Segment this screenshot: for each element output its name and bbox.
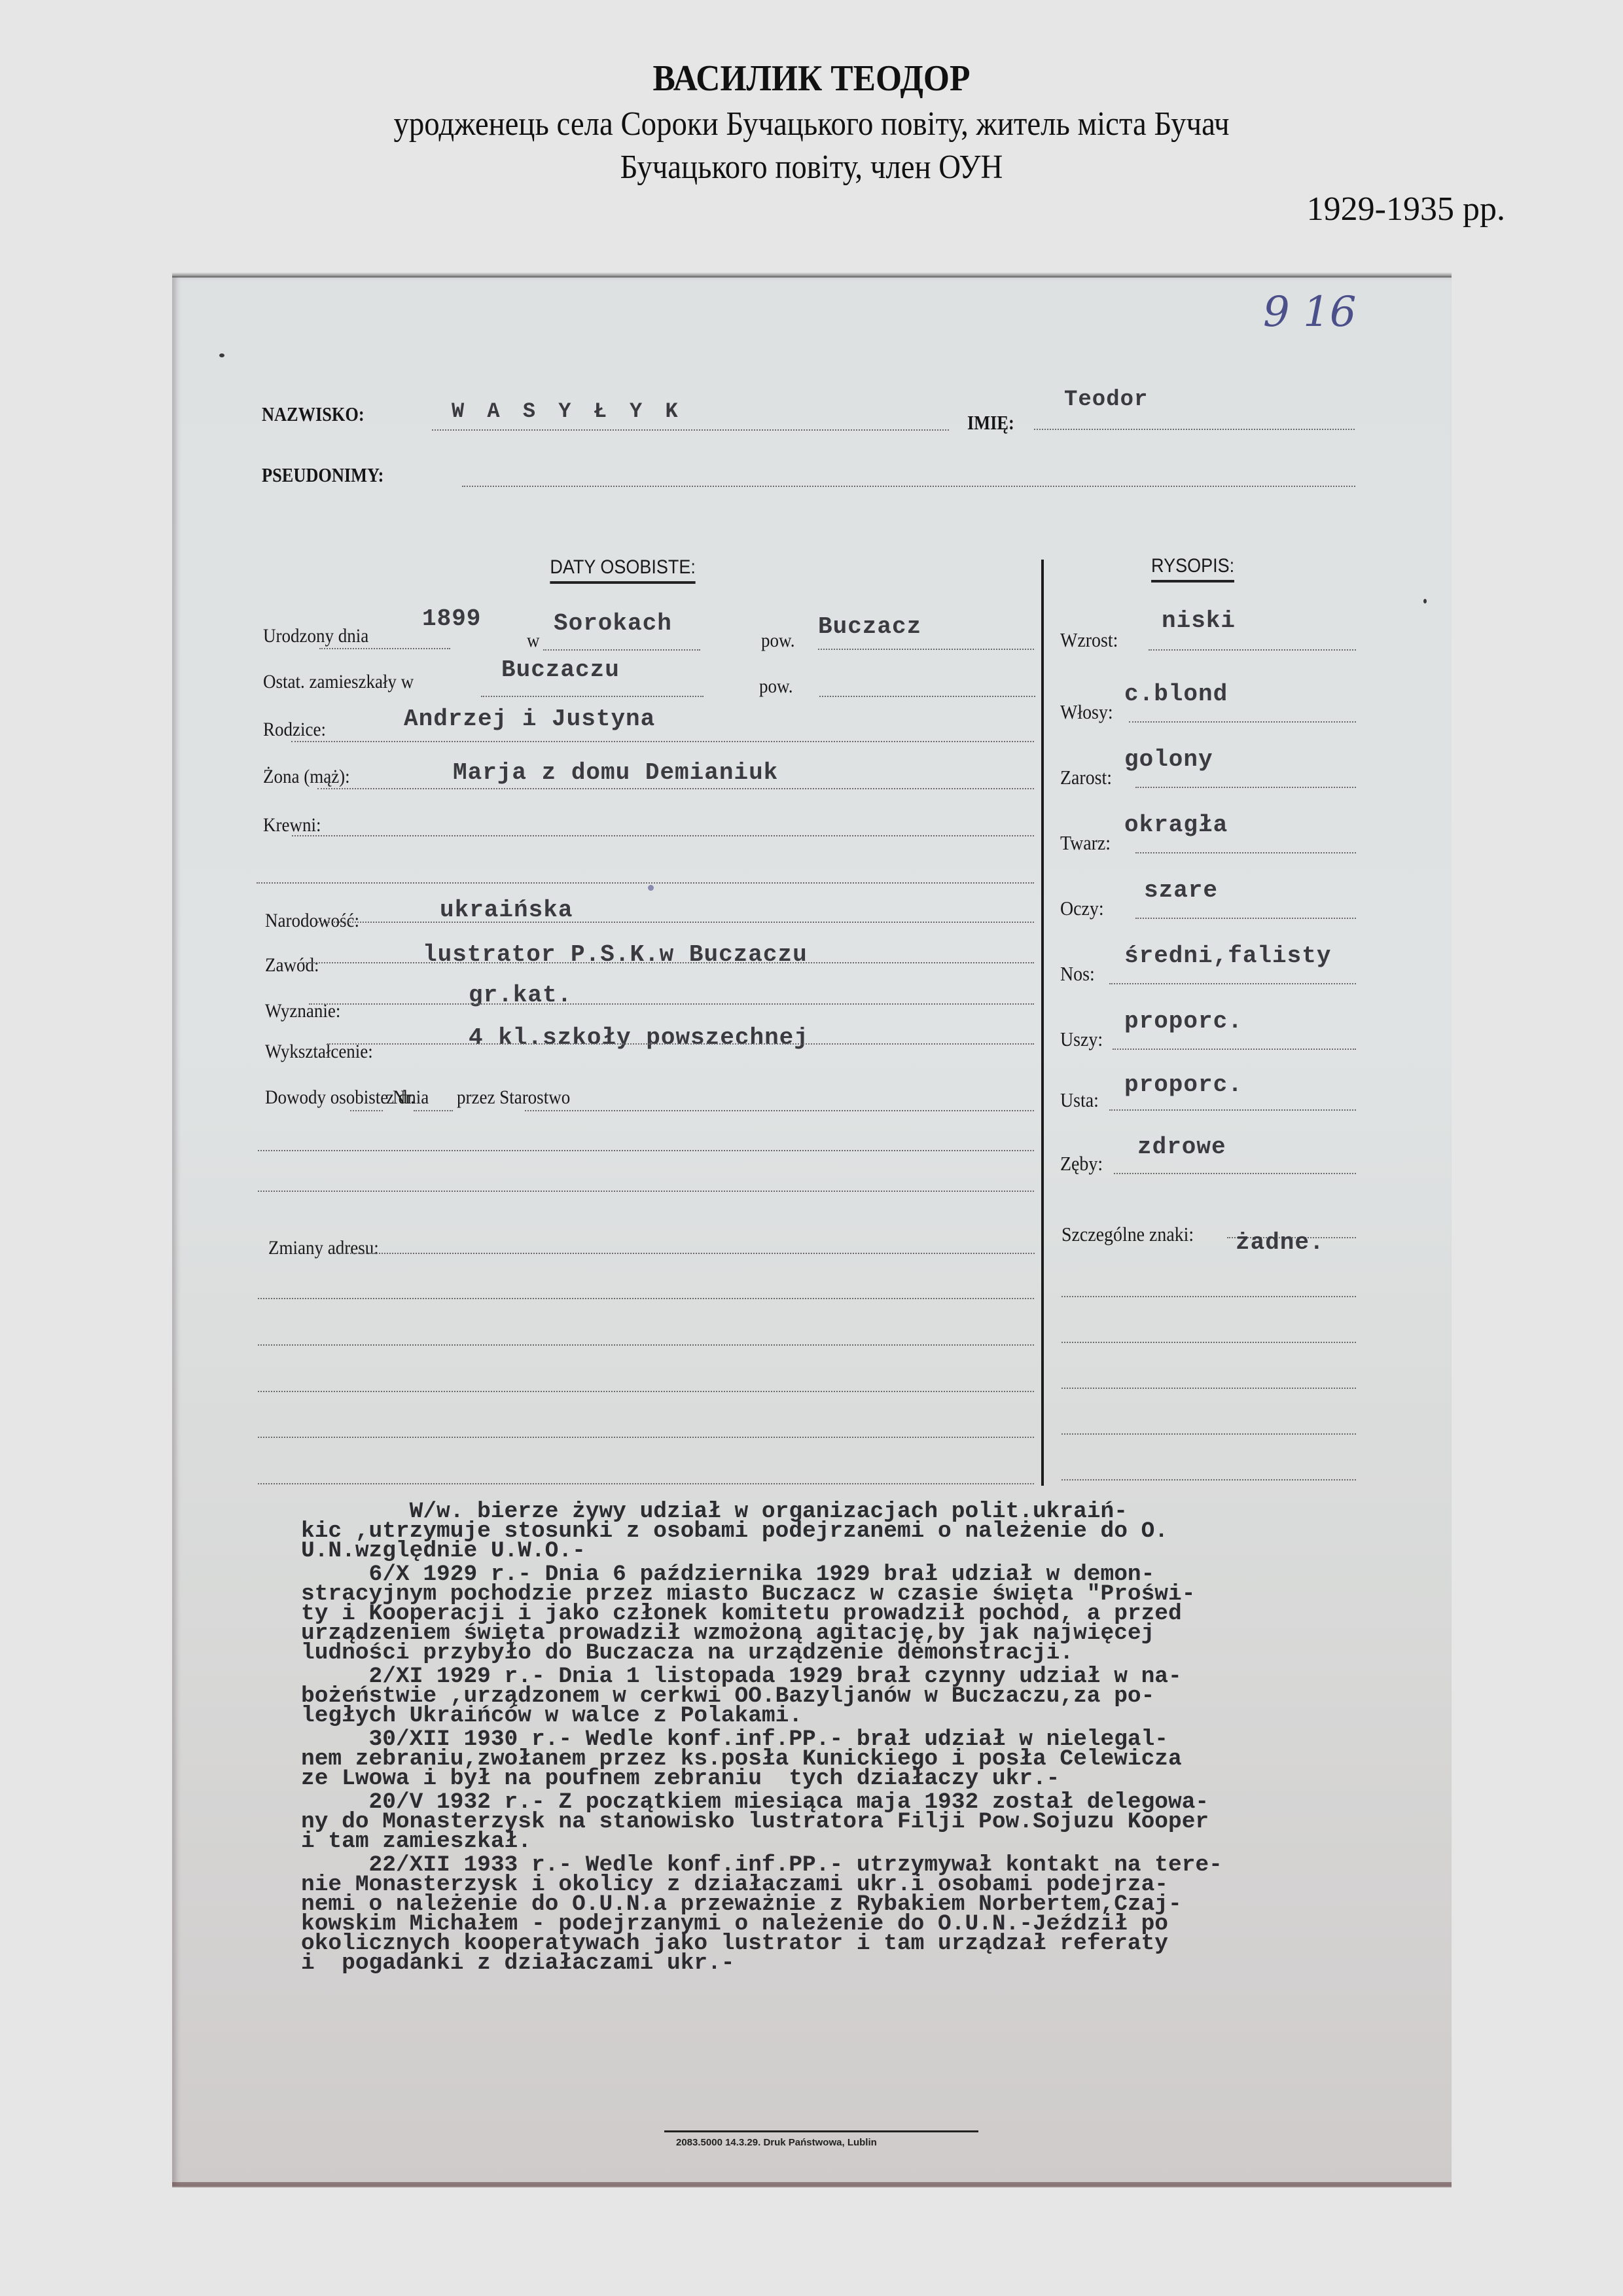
- relatives-line: [292, 835, 1034, 836]
- born-place-value: Sorokach: [554, 610, 672, 637]
- nationality-value: ukraińska: [440, 897, 573, 924]
- surname-field-line: [432, 429, 949, 431]
- id-docs-line-3: [258, 1191, 1034, 1192]
- caption-line-1: уродженець села Сороки Бучацького повіту…: [81, 105, 1542, 143]
- personal-data-heading: DATY OSOBISTE:: [550, 556, 696, 584]
- caption-line-2: Бучацького повіту, член ОУН: [81, 148, 1542, 187]
- description-label: Uszy:: [1060, 1028, 1103, 1051]
- description-value: proporc.: [1124, 1008, 1243, 1035]
- born-date-value: 1899: [422, 605, 481, 632]
- description-label: Wzrost:: [1060, 628, 1118, 652]
- spouse-label: Żona (mąż):: [263, 766, 350, 788]
- id-docs-number-line: [350, 1110, 383, 1111]
- nationality-label: Narodowość:: [265, 910, 359, 932]
- address-line-2: [258, 1298, 1034, 1299]
- address-line-3: [258, 1344, 1034, 1346]
- description-label: Zarost:: [1060, 766, 1112, 789]
- description-label: Nos:: [1060, 962, 1095, 986]
- first-name-field-line: [1034, 429, 1355, 430]
- education-value: 4 kl.szkoły powszechnej: [469, 1024, 809, 1051]
- spouse-value: Marja z domu Demianiuk: [453, 759, 778, 786]
- description-field-line: [1135, 787, 1356, 788]
- relatives-label: Krewni:: [263, 814, 321, 836]
- description-label: Usta:: [1060, 1088, 1099, 1112]
- profession-label: Zawód:: [265, 954, 319, 977]
- religion-line: [309, 1003, 1034, 1005]
- first-name-label: IMIĘ:: [967, 411, 1014, 435]
- page-title: ВАСИЛИК ТЕОДОР: [65, 58, 1558, 99]
- residence-county-line: [819, 696, 1035, 697]
- surname-value: W A S Y Ł Y K: [452, 399, 683, 423]
- printer-imprint: 2083.5000 14.3.29. Druk Państwowa, Lubli…: [676, 2137, 877, 2148]
- address-line-4: [258, 1391, 1034, 1392]
- description-value: golony: [1124, 746, 1213, 773]
- description-field-line: [1113, 1049, 1356, 1050]
- born-county-label: pow.: [761, 630, 794, 652]
- narrative-text: W/w. bierze żywy udział w organizacjach …: [301, 1502, 1427, 1973]
- description-value: średni,falisty: [1124, 942, 1331, 969]
- spouse-line: [317, 788, 1034, 789]
- parents-label: Rodzice:: [263, 719, 326, 741]
- born-place-line: [543, 649, 700, 651]
- residence-label: Ostat. zamieszkały w: [263, 671, 414, 693]
- archive-mark: 9 16: [1263, 288, 1357, 336]
- description-value: niski: [1162, 607, 1236, 634]
- marks-line-4: [1061, 1388, 1356, 1389]
- marks-line-3: [1061, 1342, 1356, 1343]
- description-label: Zęby:: [1060, 1152, 1103, 1175]
- description-value: żadne.: [1236, 1229, 1325, 1256]
- id-docs-date-line: [414, 1110, 453, 1111]
- marks-line-6: [1061, 1479, 1356, 1480]
- id-docs-office-label: przez Starostwo: [457, 1086, 570, 1109]
- residence-value: Buczaczu: [501, 656, 620, 683]
- description-field-line: [1149, 649, 1356, 651]
- description-value: proporc.: [1124, 1071, 1243, 1098]
- narrative-line: i pogadanki z działaczami ukr.-: [301, 1954, 1427, 1973]
- profession-line: [301, 962, 1034, 963]
- parents-value: Andrzej i Justyna: [404, 706, 655, 732]
- address-line-5: [258, 1437, 1034, 1438]
- description-label: Szczególne znaki:: [1061, 1223, 1194, 1246]
- description-field-line: [1109, 983, 1356, 984]
- description-field-line: [1109, 1109, 1356, 1111]
- description-field-line: [1114, 1173, 1356, 1174]
- footer-rule: [664, 2130, 978, 2132]
- address-changes-label: Zmiany adresu:: [268, 1237, 379, 1259]
- nationality-line: [317, 922, 1034, 923]
- id-docs-office-line: [525, 1110, 1034, 1111]
- caption-years: 1929-1935 рр.: [1307, 190, 1505, 228]
- narrative-line: ludności przybyło do Buczacza na urządze…: [301, 1643, 1427, 1663]
- ink-spot: [219, 353, 224, 357]
- surname-label: NAZWISKO:: [262, 403, 365, 426]
- description-value: okragła: [1124, 812, 1228, 838]
- pseudonyms-label: PSEUDONIMY:: [262, 463, 383, 487]
- id-docs-line-2: [258, 1150, 1034, 1151]
- description-label: Twarz:: [1060, 831, 1111, 855]
- description-label: Włosy:: [1060, 700, 1113, 724]
- address-line-1: [331, 1253, 1035, 1254]
- profession-value: lustrator P.S.K.w Buczaczu: [423, 941, 808, 968]
- description-value: zdrowe: [1137, 1134, 1226, 1160]
- narrative-line: i tam zamieszkał.: [301, 1832, 1427, 1852]
- narrative-line: U.N.względnie U.W.O.-: [301, 1541, 1427, 1561]
- residence-line: [481, 696, 704, 697]
- born-county-value: Buczacz: [818, 613, 921, 640]
- relatives-line-2: [257, 882, 1034, 884]
- born-county-line: [818, 649, 1034, 650]
- column-divider: [1041, 560, 1044, 1486]
- description-value: c.blond: [1124, 681, 1228, 708]
- ink-spot: [648, 885, 654, 891]
- description-field-line: [1129, 721, 1356, 723]
- description-heading: RYSOPIS:: [1151, 555, 1234, 583]
- id-docs-date-label: z dnia: [386, 1086, 429, 1109]
- education-line: [327, 1043, 1034, 1045]
- description-value: szare: [1144, 877, 1218, 904]
- parents-line: [291, 741, 1034, 742]
- narrative-line: ległych Ukraińców w walce z Polakami.: [301, 1706, 1427, 1726]
- born-in-label: w: [527, 630, 540, 652]
- residence-county-label: pow.: [759, 675, 793, 698]
- address-line-6: [258, 1483, 1034, 1484]
- description-field-line: [1135, 918, 1356, 919]
- description-label: Oczy:: [1060, 897, 1104, 920]
- description-field-line: [1135, 852, 1356, 853]
- first-name-value: Teodor: [1064, 387, 1148, 412]
- narrative-line: ze Lwowa i był na poufnem zebraniu tych …: [301, 1769, 1427, 1789]
- marks-line-2: [1061, 1296, 1356, 1297]
- marks-line-5: [1061, 1433, 1356, 1435]
- ink-spot: [1423, 599, 1427, 603]
- born-date-line: [319, 648, 450, 649]
- born-label: Urodzony dnia: [263, 625, 368, 647]
- pseudonyms-field-line: [462, 486, 1355, 487]
